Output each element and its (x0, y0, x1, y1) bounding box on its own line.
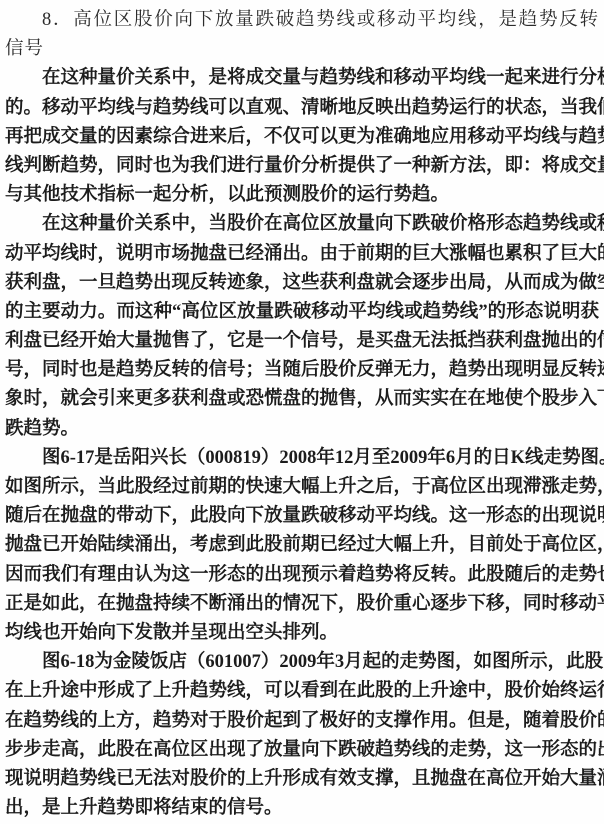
paragraph-1: 在这种量价关系中，是将成交量与趋势线和移动平均线一起来进行分析 的。移动平均线与… (5, 64, 599, 210)
text-line: 在这种量价关系中，是将成交量与趋势线和移动平均线一起来进行分析 (5, 64, 599, 93)
section-heading-line: 信号 (5, 35, 599, 64)
body-text: 在这种量价关系中，是将成交量与趋势线和移动平均线一起来进行分析 的。移动平均线与… (5, 64, 599, 823)
text-line: 线判断趋势，同时也为我们进行量价分析提供了一种新方法，即：将成交量 (5, 152, 599, 181)
text-line: 随后在抛盘的带动下，此股向下放量跌破移动平均线。这一形态的出现说明 (5, 502, 599, 531)
text-line: 动平均线时，说明市场抛盘已经涌出。由于前期的巨大涨幅也累积了巨大的 (5, 240, 599, 269)
paragraph-4: 图6-18为金陵饭店（601007）2009年3月起的走势图，如图所示，此股 在… (5, 648, 599, 823)
text-line: 抛盘已开始陆续涌出，考虑到此股前期已经过大幅上升，目前处于高位区， (5, 531, 599, 560)
text-line: 步步走高，此股在高位区出现了放量向下跌破趋势线的走势，这一形态的出 (5, 736, 599, 765)
text-line: 出，是上升趋势即将结束的信号。 (5, 794, 599, 823)
text-line: 在上升途中形成了上升趋势线，可以看到在此股的上升途中，股价始终运行 (5, 677, 599, 706)
text-line: 跌趋势。 (5, 415, 599, 444)
text-line: 号，同时也是趋势反转的信号；当随后股价反弹无力，趋势出现明显反转迹 (5, 356, 599, 385)
text-line: 正是如此，在抛盘持续不断涌出的情况下，股价重心逐步下移，同时移动平 (5, 590, 599, 619)
text-line: 的主要动力。而这种“高位区放量跌破移动平均线或趋势线”的形态说明获 (5, 298, 599, 327)
text-line: 的。移动平均线与趋势线可以直观、清晰地反映出趋势运行的状态，当我们 (5, 94, 599, 123)
text-line: 因而我们有理由认为这一形态的出现预示着趋势将反转。此股随后的走势也 (5, 561, 599, 590)
book-page: 8．高位区股价向下放量跌破趋势线或移动平均线，是趋势反转 信号 在这种量价关系中… (0, 0, 604, 824)
text-line: 在这种量价关系中，当股价在高位区放量向下跌破价格形态趋势线或移 (5, 210, 599, 239)
text-line: 图6-17是岳阳兴长（000819）2008年12月至2009年6月的日K线走势… (5, 444, 599, 473)
section-heading: 8．高位区股价向下放量跌破趋势线或移动平均线，是趋势反转 信号 (5, 6, 599, 64)
text-line: 象时，就会引来更多获利盘或恐慌盘的抛售，从而实实在在地使个股步入下 (5, 385, 599, 414)
text-line: 如图所示，当此股经过前期的快速大幅上升之后，于高位区出现滞涨走势， (5, 473, 599, 502)
paragraph-3: 图6-17是岳阳兴长（000819）2008年12月至2009年6月的日K线走势… (5, 444, 599, 648)
text-line: 利盘已经开始大量抛售了，它是一个信号，是买盘无法抵挡获利盘抛出的信 (5, 327, 599, 356)
section-heading-line: 8．高位区股价向下放量跌破趋势线或移动平均线，是趋势反转 (5, 6, 599, 35)
text-line: 获利盘，一旦趋势出现反转迹象，这些获利盘就会逐步出局，从而成为做空 (5, 269, 599, 298)
text-line: 与其他技术指标一起分析，以此预测股价的运行势趋。 (5, 181, 599, 210)
text-line: 再把成交量的因素综合进来后，不仅可以更为准确地应用移动平均线与趋势 (5, 123, 599, 152)
text-line: 均线也开始向下发散并呈现出空头排列。 (5, 619, 599, 648)
text-line: 现说明趋势线已无法对股价的上升形成有效支撑，且抛盘在高位开始大量涌 (5, 765, 599, 794)
text-line: 在趋势线的上方，趋势对于股价起到了极好的支撑作用。但是，随着股价的 (5, 707, 599, 736)
text-line: 图6-18为金陵饭店（601007）2009年3月起的走势图，如图所示，此股 (5, 648, 599, 677)
paragraph-2: 在这种量价关系中，当股价在高位区放量向下跌破价格形态趋势线或移 动平均线时，说明… (5, 210, 599, 444)
